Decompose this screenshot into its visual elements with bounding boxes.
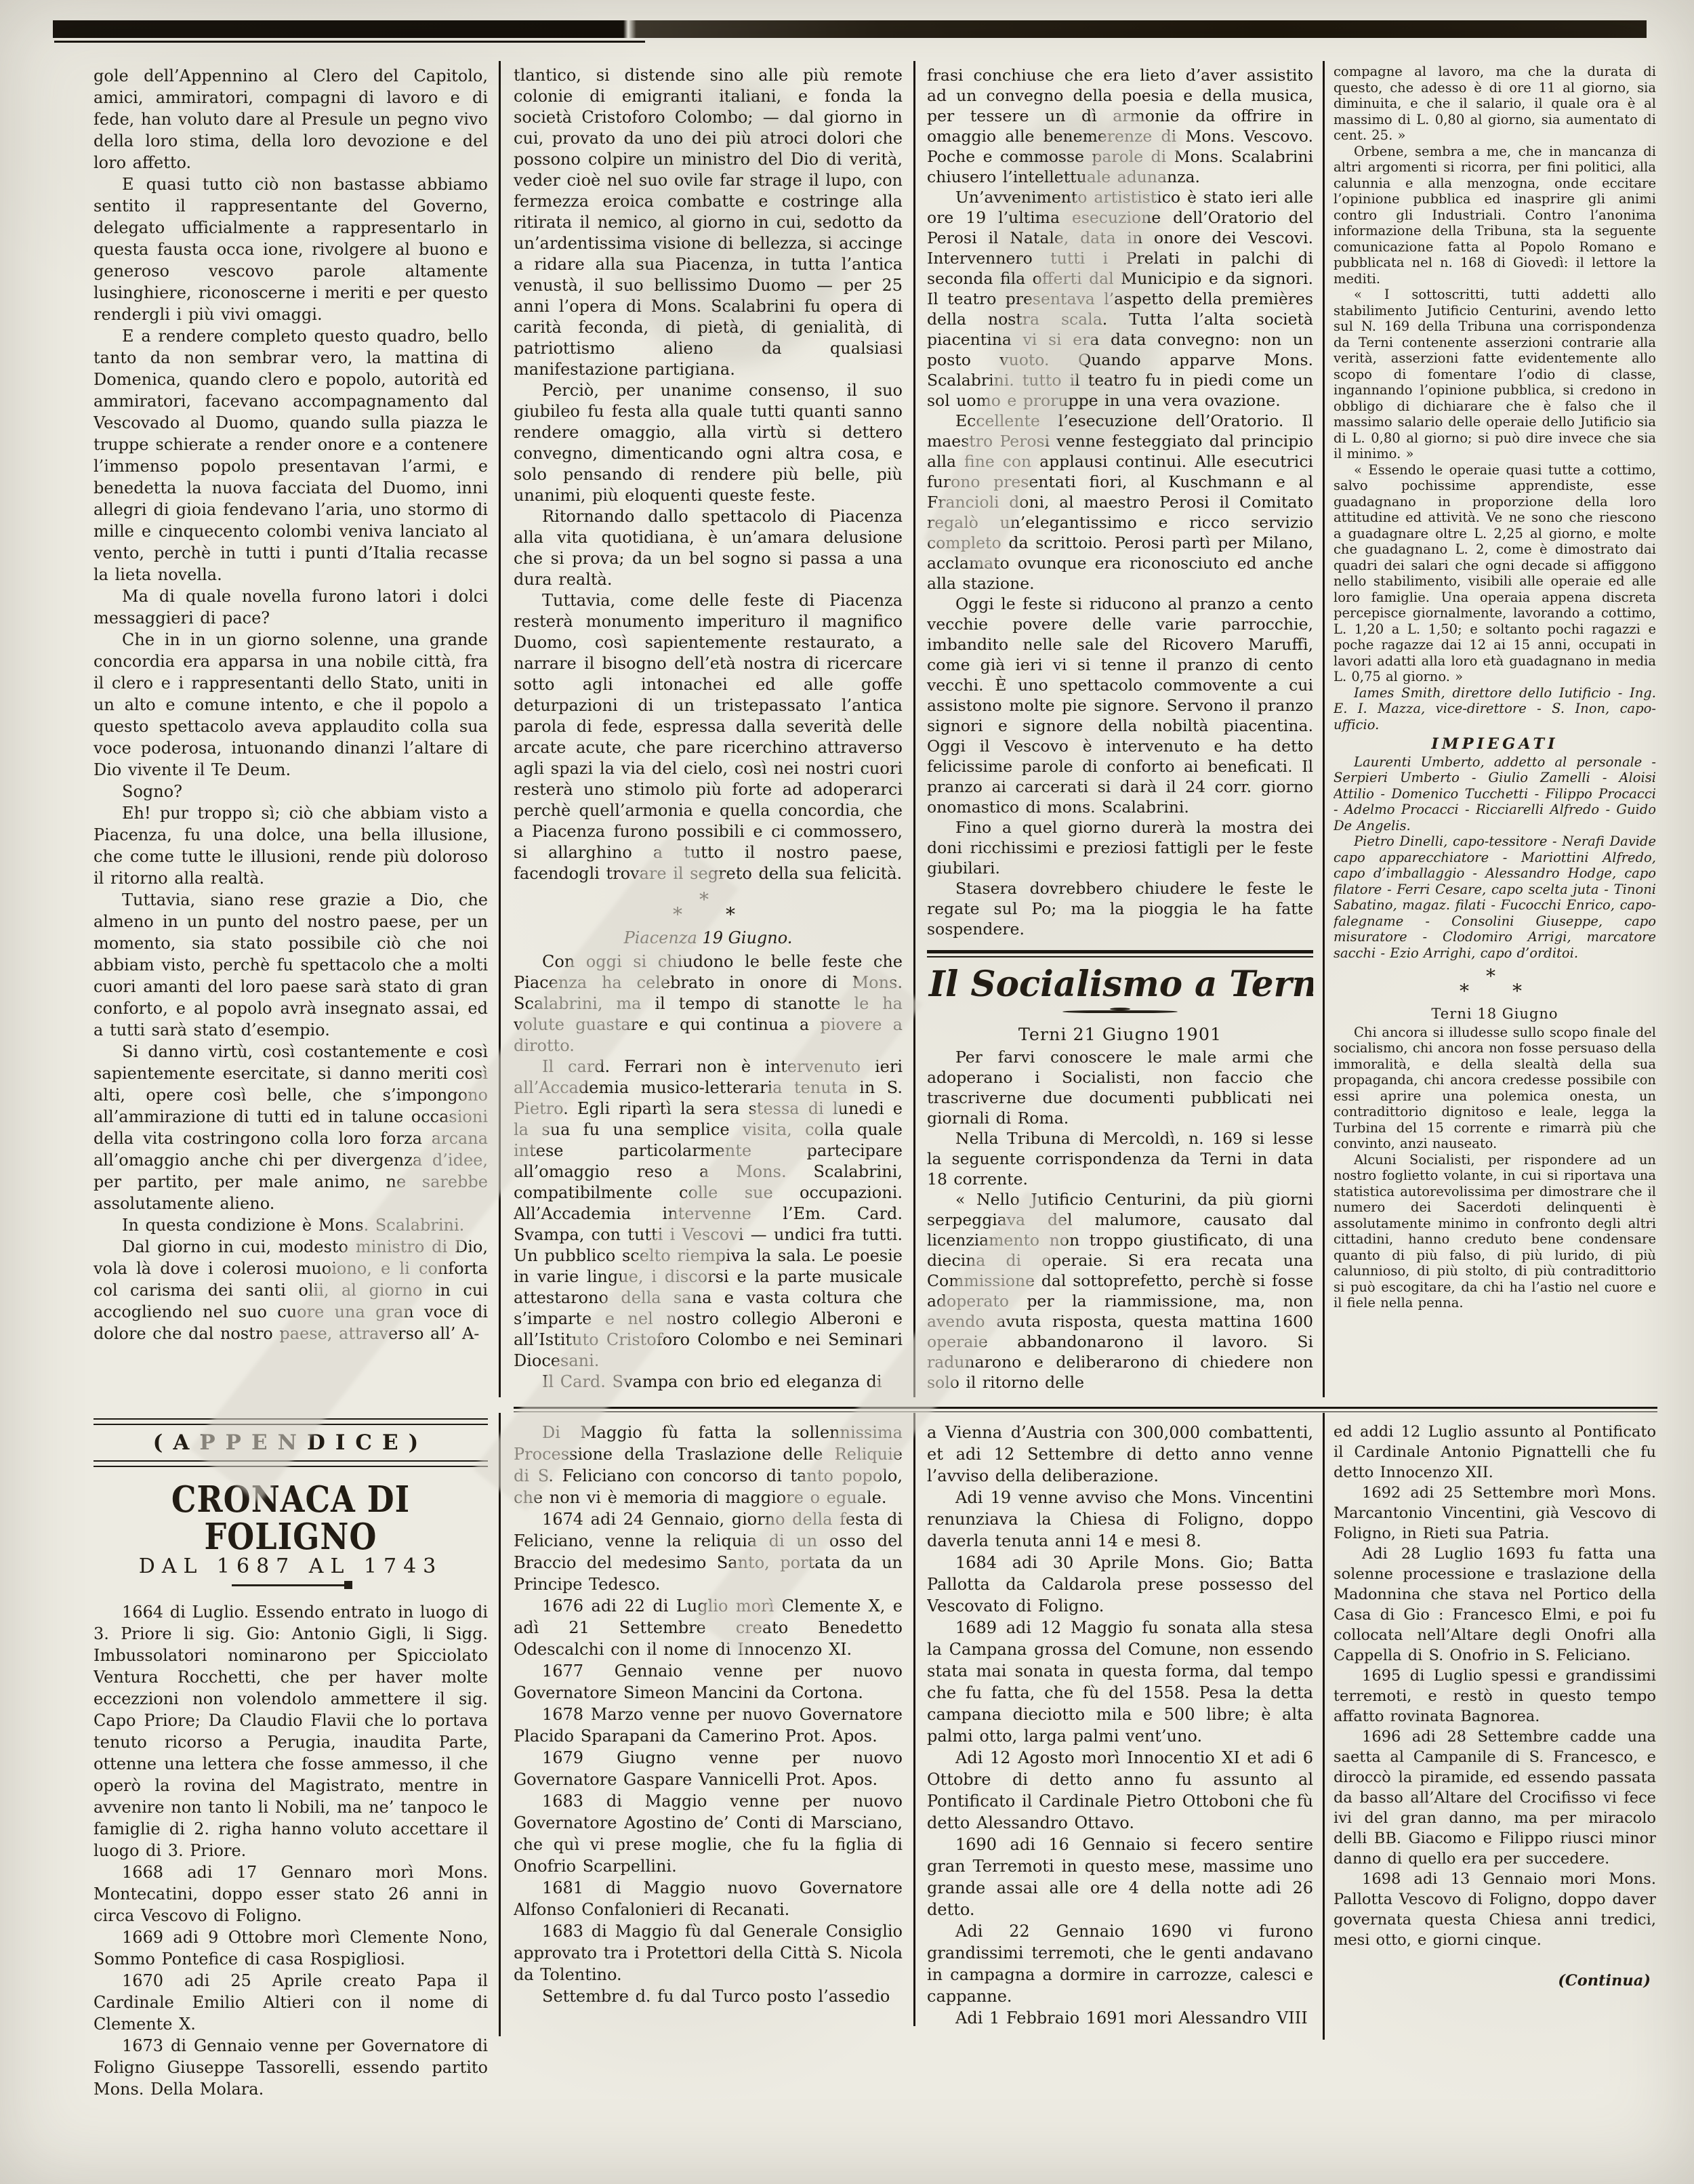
appendix-subtitle: DAL 1687 AL 1743 — [94, 1556, 488, 1578]
column-divider — [499, 61, 501, 1397]
paragraph: Che in in un giorno solenne, una grande … — [94, 629, 488, 781]
appendix-title: CRONACA DI FOLIGNO — [94, 1481, 488, 1556]
paragraph: Oggi le feste si riducono al pranzo a ce… — [927, 594, 1313, 817]
column-1-top: gole dell’Appennino al Clero del Capitol… — [94, 60, 488, 1405]
column-2-top: tlantico, si distende sino alle più remo… — [514, 60, 903, 1405]
paragraph: Adi 12 Agosto morì Innocentio XI et adi … — [927, 1747, 1313, 1834]
paragraph: a Vienna d’Austria con 300,000 combatten… — [927, 1422, 1313, 1487]
section-separator: * * * — [1334, 969, 1656, 999]
paragraph: compagne al lavoro, ma che la durata di … — [1334, 64, 1656, 144]
paragraph: 1681 di Maggio nuovo Governatore Alfonso… — [514, 1877, 903, 1920]
section-divider-rule — [514, 1407, 1657, 1412]
paragraph: Perciò, per unanime consenso, il suo giu… — [514, 380, 903, 506]
paragraph: Adi 22 Gennaio 1690 vi furono grandissim… — [927, 1920, 1313, 2007]
paragraph: 1692 adi 25 Settembre morì Mons. Marcant… — [1334, 1483, 1656, 1544]
paragraph: 1664 di Luglio. Essendo entrato in luogo… — [94, 1601, 488, 1861]
column-divider — [913, 61, 915, 1397]
paragraph: gole dell’Appennino al Clero del Capitol… — [94, 65, 488, 173]
column-3-appendix: a Vienna d’Austria con 300,000 combatten… — [927, 1422, 1313, 2179]
paragraph: Adi 28 Luglio 1693 fu fatta una solenne … — [1334, 1544, 1656, 1666]
paragraph: E a rendere completo questo quadro, bell… — [94, 325, 488, 585]
paragraph: 1683 di Maggio fù dal Generale Consiglio… — [514, 1920, 903, 1985]
paragraph: ed addi 12 Luglio assunto al Pontificato… — [1334, 1422, 1656, 1483]
paragraph: frasi conchiuse che era lieto d’aver ass… — [927, 65, 1313, 187]
paragraph: 1684 adi 30 Aprile Mons. Gio; Batta Pall… — [927, 1552, 1313, 1617]
masthead-bottom-rule — [53, 20, 1647, 38]
paragraph: Chi ancora si illudesse sullo scopo fina… — [1334, 1025, 1656, 1152]
appendix-label: (APPENDICE) — [94, 1432, 488, 1454]
paragraph: Sogno? — [94, 781, 488, 802]
paragraph: Per farvi conoscere le male armi che ado… — [927, 1047, 1313, 1128]
paragraph: Il card. Ferrari non è intervenuto ieri … — [514, 1056, 903, 1372]
paragraph: Orbene, sembra a me, che in mancanza di … — [1334, 144, 1656, 287]
dateline: Terni 18 Giugno — [1334, 1006, 1656, 1022]
paragraph: Tuttavia, come delle feste di Piacenza r… — [514, 590, 903, 884]
paragraph: 1676 adi 22 di Luglio morì Clemente X, e… — [514, 1595, 903, 1660]
paragraph: Stasera dovrebbero chiudere le feste le … — [927, 878, 1313, 939]
paragraph: Di Maggio fù fatta la sollennissima Proc… — [514, 1422, 903, 1508]
paragraph: Tuttavia, siano rese grazie a Dio, che a… — [94, 889, 488, 1041]
column-divider — [1323, 1413, 1325, 2040]
appendix-rule — [94, 1418, 488, 1425]
article-divider-rule — [927, 950, 1313, 957]
column-3-top: frasi conchiuse che era lieto d’aver ass… — [927, 60, 1313, 1405]
dateline: Piacenza 19 Giugno. — [514, 928, 903, 949]
italic-paragraph: Pietro Dinelli, capo-tessitore - Nerafi … — [1334, 833, 1656, 961]
paragraph: 1669 adi 9 Ottobre morì Clemente Nono, S… — [94, 1927, 488, 1970]
continua-note: (Continua) — [1334, 1971, 1656, 1991]
paragraph: 1683 di Maggio venne per nuovo Governato… — [514, 1790, 903, 1877]
paragraph: tlantico, si distende sino alle più remo… — [514, 65, 903, 380]
flourish-ornament — [1062, 1010, 1178, 1013]
paragraph: Fino a quel giorno durerà la mostra dei … — [927, 817, 1313, 878]
impiegati-heading: IMPIEGATI — [1334, 737, 1656, 753]
section-separator: * * * — [514, 892, 903, 922]
paragraph: 1668 adi 17 Gennaro morì Mons. Montecati… — [94, 1861, 488, 1927]
column-divider — [499, 1413, 501, 2036]
paragraph: In questa condizione è Mons. Scalabrini. — [94, 1214, 488, 1236]
paragraph: Dal giorno in cui, modesto ministro di D… — [94, 1236, 488, 1344]
column-divider — [913, 1413, 915, 2026]
paragraph: 1696 adi 28 Settembre cadde una saetta a… — [1334, 1727, 1656, 1869]
paragraph: 1690 adi 16 Gennaio si fecero sentire gr… — [927, 1834, 1313, 1920]
paragraph: E quasi tutto ciò non bastasse abbiamo s… — [94, 173, 488, 325]
column-2-appendix: Di Maggio fù fatta la sollennissima Proc… — [514, 1422, 903, 2179]
paragraph: 1673 di Gennaio venne per Governatore di… — [94, 2035, 488, 2100]
paragraph: « Essendo le operaie quasi tutte a cotti… — [1334, 462, 1656, 685]
dateline: Terni 21 Giugno 1901 — [927, 1024, 1313, 1044]
paragraph: Eh! pur troppo sì; ciò che abbiam visto … — [94, 802, 488, 889]
paragraph: 1678 Marzo venne per nuovo Governatore P… — [514, 1704, 903, 1747]
paragraph: Un’avvenimento artististico è stato ieri… — [927, 187, 1313, 411]
paragraph: 1670 adi 25 Aprile creato Papa il Cardin… — [94, 1970, 488, 2035]
paragraph: 1698 adi 13 Gennaio mori Mons. Pallotta … — [1334, 1869, 1656, 1950]
paragraph: Con oggi si chiudono le belle feste che … — [514, 951, 903, 1056]
paragraph: Ritornando dallo spettacolo di Piacenza … — [514, 506, 903, 590]
column-4-top: compagne al lavoro, ma che la durata di … — [1334, 60, 1656, 1404]
title-ornament — [232, 1584, 350, 1586]
article-headline: Il Socialismo a Terni — [929, 964, 1311, 1005]
column-4-appendix: ed addi 12 Luglio assunto al Pontificato… — [1334, 1422, 1656, 2179]
paragraph: Alcuni Socialisti, per rispondere ad un … — [1334, 1152, 1656, 1311]
paragraph: Eccellente l’esecuzione dell’Oratorio. I… — [927, 411, 1313, 594]
paragraph: 1689 adi 12 Maggio fu sonata alla stesa … — [927, 1617, 1313, 1747]
paragraph: 1695 di Luglio spessi e grandissimi terr… — [1334, 1666, 1656, 1727]
paragraph: « I sottoscritti, tutti addetti allo sta… — [1334, 287, 1656, 462]
paragraph: 1679 Giugno venne per nuovo Governatore … — [514, 1747, 903, 1790]
paragraph: 1677 Gennaio venne per nuovo Governatore… — [514, 1660, 903, 1704]
paragraph: Si danno virtù, così costantemente e cos… — [94, 1041, 488, 1214]
column-1-appendix: (APPENDICE)CRONACA DI FOLIGNODAL 1687 AL… — [94, 1416, 488, 2179]
paragraph: 1674 adi 24 Gennaio, giorno della festa … — [514, 1508, 903, 1595]
paragraph: Ma di quale novella furono latori i dolc… — [94, 585, 488, 629]
paragraph: Settembre d. fu dal Turco posto l’assedi… — [514, 1985, 903, 2007]
paragraph: Il Card. Svampa con brio ed eleganza di — [514, 1372, 903, 1393]
column-divider — [1323, 61, 1325, 1397]
paragraph: Nella Tribuna di Mercoldì, n. 169 si les… — [927, 1128, 1313, 1189]
paragraph: « Nello Jutificio Centurini, da più gior… — [927, 1189, 1313, 1393]
newspaper-page: gole dell’Appennino al Clero del Capitol… — [0, 0, 1694, 2184]
italic-paragraph: Iames Smith, direttore dello Iutificio -… — [1334, 685, 1656, 733]
italic-paragraph: Laurenti Umberto, addetto al personale -… — [1334, 754, 1656, 834]
paragraph: Adi 19 venne avviso che Mons. Vincentini… — [927, 1487, 1313, 1552]
paragraph: Adi 1 Febbraio 1691 mori Alessandro VIII — [927, 2007, 1313, 2029]
appendix-rule — [94, 1460, 488, 1467]
